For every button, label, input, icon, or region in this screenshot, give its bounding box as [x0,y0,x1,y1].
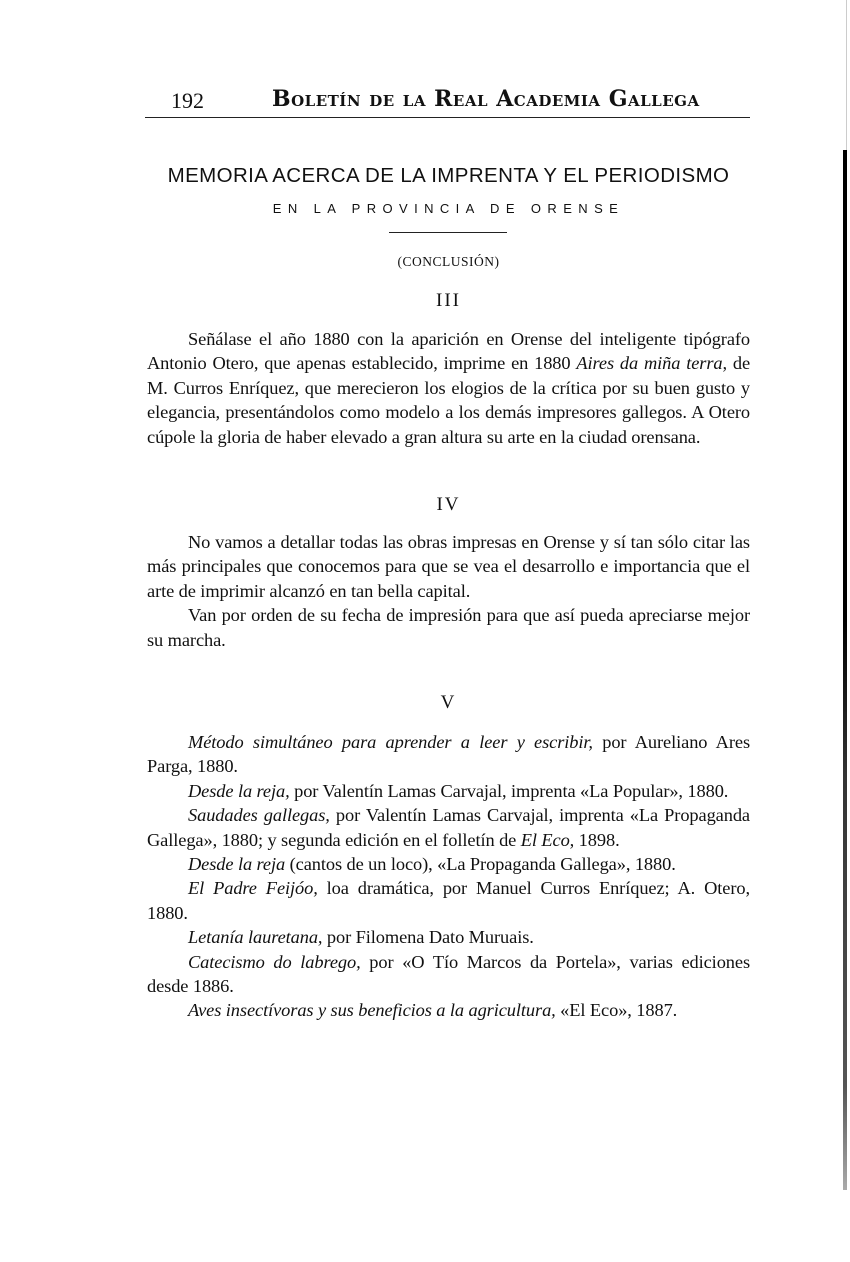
section-heading-iv: IV [147,494,750,516]
paragraph: Desde la reja (cantos de un loco), «La P… [147,852,750,876]
italic-title-run: Aires da miña terra, [576,353,727,373]
text-run: por Filomena Dato Muruais. [322,927,533,947]
paragraph: Van por orden de su fecha de impresión p… [147,603,750,652]
text-run: por Valentín Lamas Carvajal, imprenta «L… [290,781,729,801]
section-heading-v: V [147,692,750,714]
scan-edge-artifact-top [846,0,847,150]
italic-title-run: Letanía lauretana, [188,927,322,947]
article-title: MEMORIA ACERCA DE LA IMPRENTA Y EL PERIO… [147,164,750,188]
paragraph: Catecismo do labrego, por «O Tío Marcos … [147,950,750,999]
paragraph: El Padre Feijóo, loa dramática, por Manu… [147,876,750,925]
running-header: 192 Boletín de la Real Academia Gallega [147,86,750,116]
italic-title-run: Saudades gallegas, [188,805,330,825]
italic-title-run: Desde la reja [188,854,285,874]
text-run: 1898. [574,830,619,850]
article-subtitle: EN LA PROVINCIA DE ORENSE [147,201,750,216]
italic-title-run: Desde la reja, [188,781,290,801]
paragraph: Señálase el año 1880 con la aparición en… [147,327,750,449]
italic-title-run: El Padre Feijóo, [188,878,318,898]
paragraph: Desde la reja, por Valentín Lamas Carvaj… [147,779,750,803]
section-body-iv: No vamos a detallar todas las obras impr… [147,530,750,652]
paragraph: Método simultáneo para aprender a leer y… [147,730,750,779]
text-run: «El Eco», 1887. [556,1000,678,1020]
italic-title-run: Catecismo do labrego, [188,952,361,972]
italic-title-run: Método simultáneo para aprender a leer y… [188,732,593,752]
italic-title-run: Aves insectívoras y sus beneficios a la … [188,1000,556,1020]
section-body-v: Método simultáneo para aprender a leer y… [147,730,750,1023]
journal-title: Boletín de la Real Academia Gallega [272,86,700,112]
paragraph: Aves insectívoras y sus beneficios a la … [147,998,750,1022]
paragraph: Saudades gallegas, por Valentín Lamas Ca… [147,803,750,852]
title-rule [389,232,507,233]
scan-edge-artifact [843,150,847,1190]
paragraph: No vamos a detallar todas las obras impr… [147,530,750,603]
italic-title-run: El Eco, [521,830,574,850]
text-run: No vamos a detallar todas las obras impr… [147,532,750,601]
paragraph: Letanía lauretana, por Filomena Dato Mur… [147,925,750,949]
section-body-iii: Señálase el año 1880 con la aparición en… [147,327,750,449]
text-run: Van por orden de su fecha de impresión p… [147,605,750,649]
text-run: (cantos de un loco), «La Propaganda Gall… [285,854,676,874]
header-rule [145,117,750,118]
page-number: 192 [171,88,204,114]
continuation-note: (CONCLUSIÓN) [147,254,750,270]
section-heading-iii: III [147,290,750,312]
